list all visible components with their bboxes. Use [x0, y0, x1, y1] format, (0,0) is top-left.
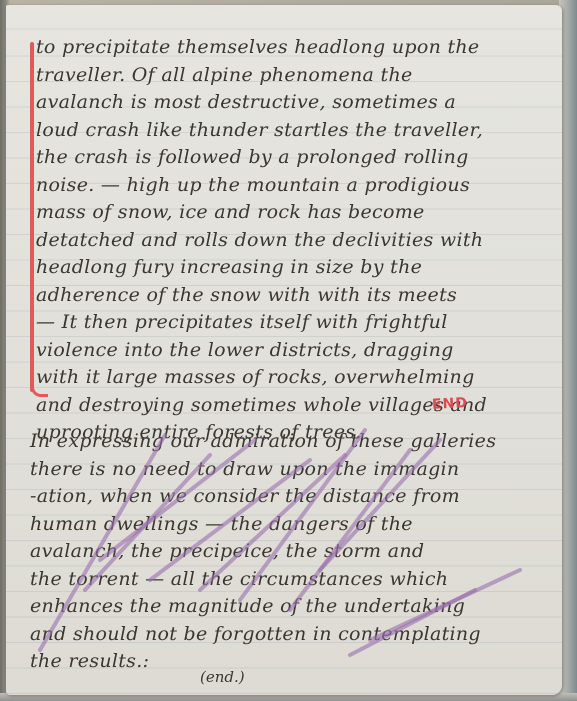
end-stamp: END: [432, 395, 469, 413]
text-line: headlong fury increasing in size by the: [36, 254, 546, 282]
text-line: mass of snow, ice and rock has become: [36, 199, 546, 227]
text-line: adherence of the snow with with its meet…: [36, 282, 546, 310]
text-line: the crash is followed by a prolonged rol…: [36, 144, 546, 172]
text-line: with it large masses of rocks, overwhelm…: [36, 364, 546, 392]
closing-note: (end.): [200, 668, 245, 686]
text-line: detatched and rolls down the declivities…: [36, 227, 546, 255]
red-margin-rule: [30, 42, 34, 392]
text-line: traveller. Of all alpine phenomena the: [36, 62, 546, 90]
text-line: the torrent — all the circumstances whic…: [30, 566, 540, 594]
text-line: avalanch is most destructive, sometimes …: [36, 89, 546, 117]
text-line: enhances the magnitude of the undertakin…: [30, 593, 540, 621]
text-line: loud crash like thunder startles the tra…: [36, 117, 546, 145]
text-line: -ation, when we consider the distance fr…: [30, 483, 540, 511]
paragraph-avalanche: to precipitate themselves headlong upon …: [36, 34, 546, 447]
text-line: and destroying sometimes whole villages …: [36, 392, 546, 420]
text-line: there is no need to draw upon the immagi…: [30, 456, 540, 484]
paragraph-galleries: In expressing our admiration of these ga…: [30, 428, 540, 676]
text-line: In expressing our admiration of these ga…: [30, 428, 540, 456]
text-line: violence into the lower districts, dragg…: [36, 337, 546, 365]
text-line: — It then precipitates itself with frigh…: [36, 309, 546, 337]
text-line: avalanch, the precipeice, the storm and: [30, 538, 540, 566]
text-line: to precipitate themselves headlong upon …: [36, 34, 546, 62]
text-line: human dwellings — the dangers of the: [30, 511, 540, 539]
text-line: the results.:: [30, 648, 540, 676]
text-line: noise. — high up the mountain a prodigio…: [36, 172, 546, 200]
text-line: and should not be forgotten in contempla…: [30, 621, 540, 649]
